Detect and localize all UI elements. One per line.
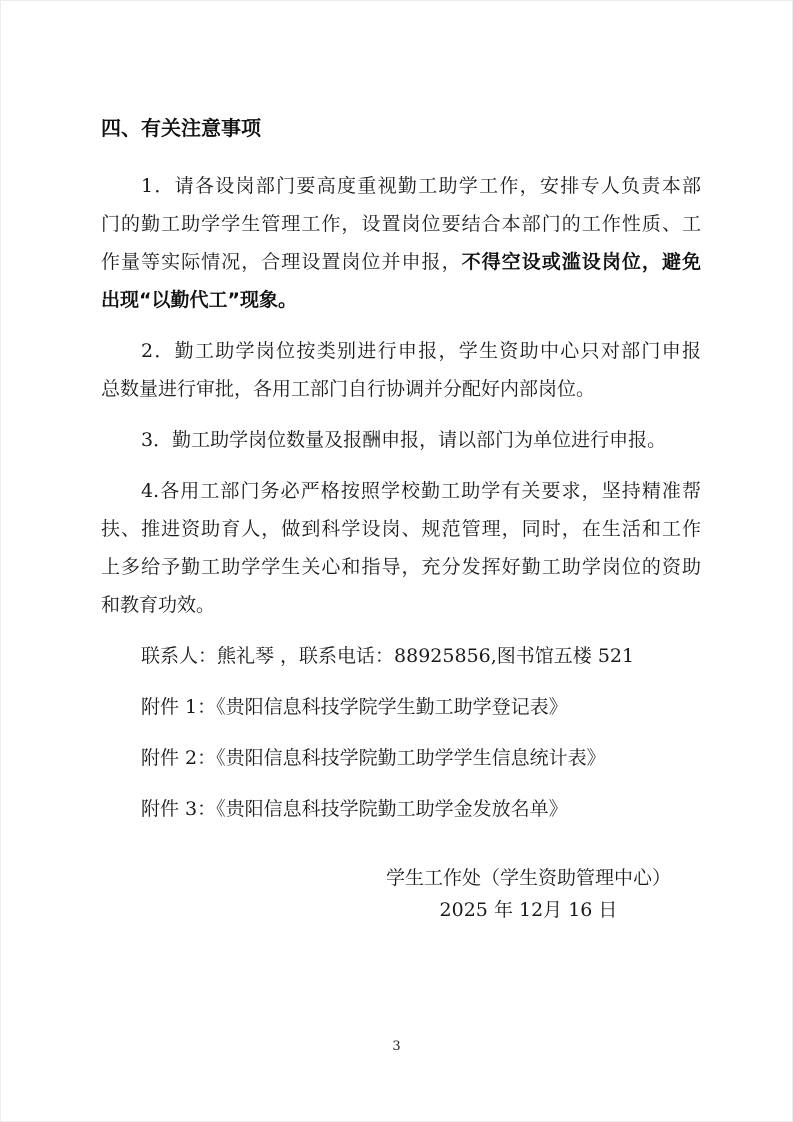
paragraph: 2．勤工助学岗位按类别进行申报，学生资助中心只对部门申报总数量进行审批，各用工部… — [101, 332, 701, 408]
attachment-1: 附件 1：《贵阳信息科技学院学生勤工助学登记表》 — [101, 688, 701, 726]
document-body: 四、有关注意事项 1．请各设岗部门要高度重视勤工助学工作，安排专人负责本部门的勤… — [1, 1, 792, 926]
body-line: 3．勤工助学岗位数量及报酬申报，请以部门为单位进行申报。 — [101, 421, 701, 459]
signature-date: 2025 年 12月 16 日 — [386, 894, 671, 926]
paragraph: 3．勤工助学岗位数量及报酬申报，请以部门为单位进行申报。 — [101, 421, 701, 459]
body-line: 门的勤工助学学生管理工作，设置岗位要结合本部门的工作性质、工 — [101, 205, 701, 243]
section-heading: 四、有关注意事项 — [101, 113, 701, 143]
document-page: 四、有关注意事项 1．请各设岗部门要高度重视勤工助学工作，安排专人负责本部门的勤… — [0, 0, 793, 1122]
body-line: 4.各用工部门务必严格按照学校勤工助学有关要求，坚持精准帮 — [101, 472, 701, 510]
bold-text-run: 出现“以勤代工”现象。 — [101, 289, 297, 311]
signature-block: 学生工作处（学生资助管理中心） 2025 年 12月 16 日 — [386, 862, 671, 926]
attachment-2: 附件 2：《贵阳信息科技学院勤工助学学生信息统计表》 — [101, 739, 701, 777]
body-line: 和教育功效。 — [101, 586, 701, 624]
text-run: 1．请各设岗部门要高度重视勤工助学工作，安排专人负责本部 — [141, 175, 701, 197]
attachment-3: 附件 3：《贵阳信息科技学院勤工助学金发放名单》 — [101, 790, 701, 828]
text-run: 上多给予勤工助学学生关心和指导，充分发挥好勤工助学岗位的资助 — [101, 556, 701, 578]
text-run: 作量等实际情况，合理设置岗位并申报， — [101, 251, 462, 273]
body-line: 作量等实际情况，合理设置岗位并申报，不得空设或滥设岗位，避免 — [101, 243, 701, 281]
text-run: 扶、推进资助育人，做到科学设岗、规范管理，同时，在生活和工作 — [101, 518, 701, 540]
text-run: 3．勤工助学岗位数量及报酬申报，请以部门为单位进行申报。 — [141, 429, 666, 451]
text-run: 2．勤工助学岗位按类别进行申报，学生资助中心只对部门申报 — [141, 340, 701, 362]
body-line: 总数量进行审批，各用工部门自行协调并分配好内部岗位。 — [101, 370, 701, 408]
paragraphs: 1．请各设岗部门要高度重视勤工助学工作，安排专人负责本部门的勤工助学学生管理工作… — [101, 167, 701, 624]
contact-line: 联系人：熊礼琴 ，联系电话：88925856,图书馆五楼 521 — [101, 637, 701, 675]
text-run: 总数量进行审批，各用工部门自行协调并分配好内部岗位。 — [101, 378, 595, 400]
text-run: 4.各用工部门务必严格按照学校勤工助学有关要求，坚持精准帮 — [141, 480, 701, 502]
body-line: 1．请各设岗部门要高度重视勤工助学工作，安排专人负责本部 — [101, 167, 701, 205]
page-number: 3 — [1, 1039, 792, 1055]
bold-text-run: 不得空设或滥设岗位，避免 — [462, 251, 701, 273]
paragraph: 1．请各设岗部门要高度重视勤工助学工作，安排专人负责本部门的勤工助学学生管理工作… — [101, 167, 701, 319]
text-run: 门的勤工助学学生管理工作，设置岗位要结合本部门的工作性质、工 — [101, 213, 701, 235]
text-run: 和教育功效。 — [101, 594, 215, 616]
signature-department: 学生工作处（学生资助管理中心） — [386, 862, 671, 894]
paragraph: 4.各用工部门务必严格按照学校勤工助学有关要求，坚持精准帮扶、推进资助育人，做到… — [101, 472, 701, 624]
body-line: 出现“以勤代工”现象。 — [101, 281, 701, 319]
body-line: 上多给予勤工助学学生关心和指导，充分发挥好勤工助学岗位的资助 — [101, 548, 701, 586]
body-line: 扶、推进资助育人，做到科学设岗、规范管理，同时，在生活和工作 — [101, 510, 701, 548]
body-line: 2．勤工助学岗位按类别进行申报，学生资助中心只对部门申报 — [101, 332, 701, 370]
